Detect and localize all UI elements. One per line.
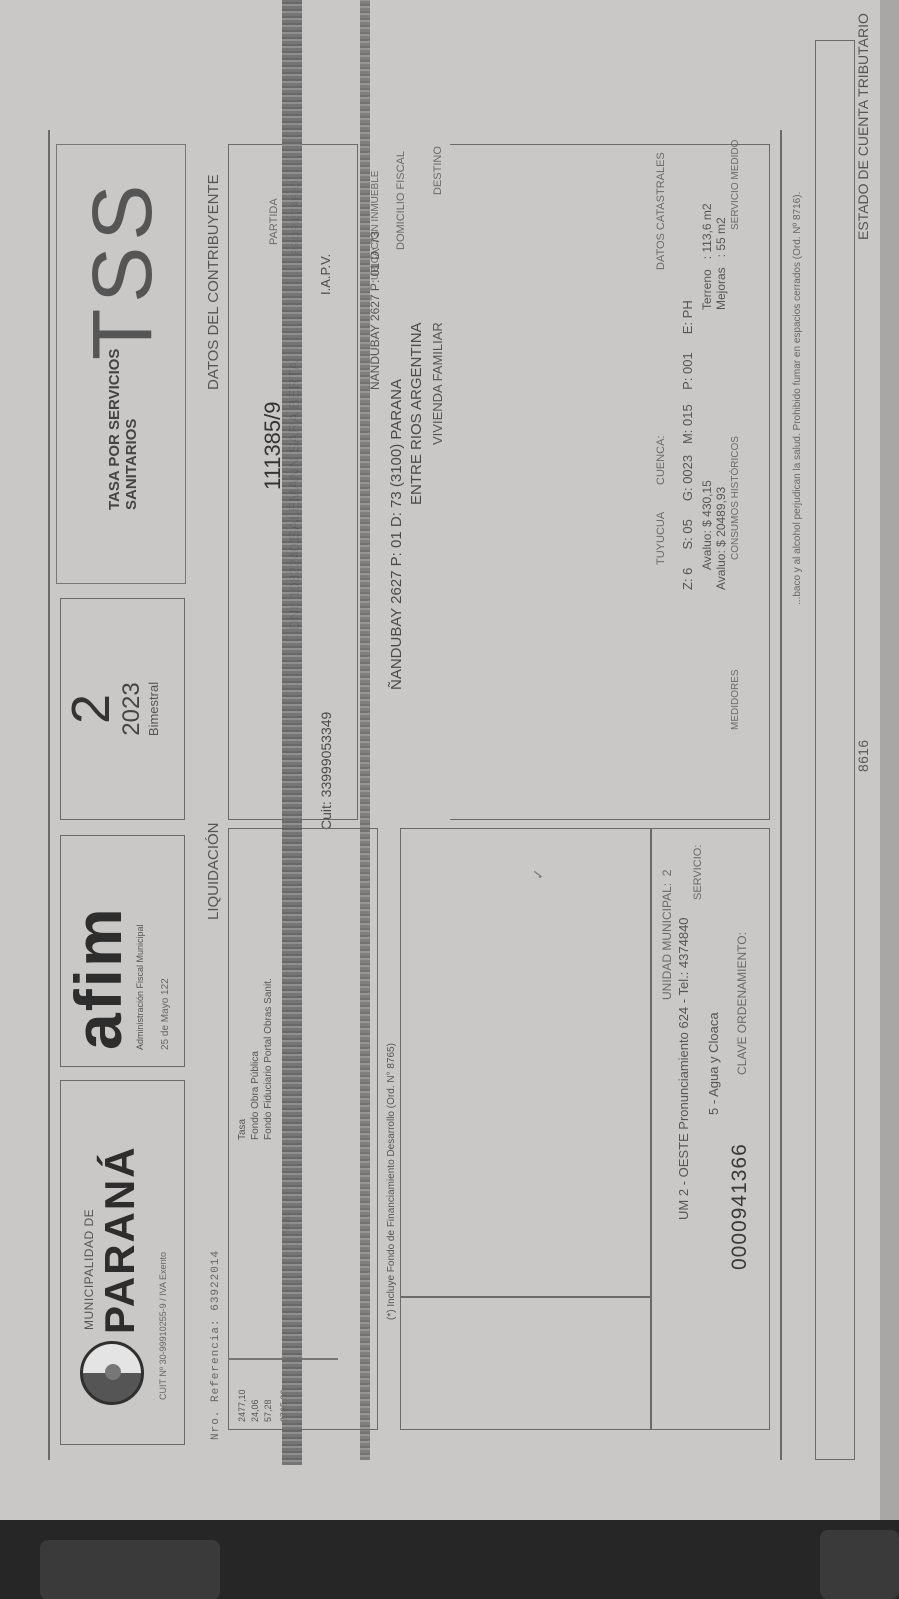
destino-value: VIVIENDA FAMILIAR — [430, 322, 445, 445]
period-type: Bimestral — [146, 598, 161, 820]
liquidacion-item: Fondo Fiduciario Portal Obras Sanit. — [262, 840, 275, 1140]
legal-footer: ...baco y al alcohol perjudican la salud… — [792, 192, 803, 605]
mejoras-avaluo: Avaluo: $ 20489,93 — [714, 487, 728, 590]
clave-value: 0000941366 — [728, 1143, 752, 1270]
page-number: 8616 — [855, 740, 871, 772]
liquidacion-title: LIQUIDACIÓN — [205, 822, 222, 920]
liquidacion-amount: 57,28 — [262, 1362, 275, 1422]
liquidacion-item: Fondo Obra Pública — [249, 840, 262, 1140]
liquidacion-item: Tasa — [236, 840, 249, 1140]
mejoras-value: Mejoras : 55 m2 — [714, 217, 728, 310]
cuenca-value: TUYUCUA — [655, 512, 667, 565]
catastro-label: DATOS CATASTRALES — [655, 152, 667, 270]
municipalidad-seal-icon — [80, 1341, 144, 1405]
unidad-divider — [400, 1297, 650, 1299]
unidad-municipal: UNIDAD MUNICIPAL: 2 — [660, 870, 674, 1000]
terreno-avaluo: Avaluo: $ 430,15 — [700, 480, 714, 570]
cuenca-label: CUENCA: — [655, 435, 667, 485]
servicio-label: SERVICIO: — [692, 845, 704, 900]
domicilio-line1: ÑANDUBAY 2627 P: 01 D: 73 (3100) PARANA — [388, 379, 405, 690]
liquidacion-amount: 2477,10 — [236, 1362, 249, 1422]
partida-label: PARTIDA — [268, 198, 280, 245]
afim-subtitle: Administración Fiscal Municipal — [135, 924, 145, 1050]
tss-receipt: 8616 TSS TASA POR SERVICIOS SANITARIOS 2… — [0, 0, 880, 1520]
contribuyente-title: DATOS DEL CONTRIBUYENTE — [205, 174, 222, 390]
tss-title-line1: TASA POR SERVICIOS — [106, 349, 123, 510]
tss-title-line2: SANITARIOS — [123, 349, 140, 510]
period-year: 2023 — [118, 598, 146, 820]
municipalidad-cuit: CUIT Nº 30-99910255-9 / IVA Exento — [158, 1252, 168, 1400]
servicio-medido-label: SERVICIO MEDIDO — [730, 140, 741, 230]
terreno-value: Terreno : 113,6 m2 — [700, 204, 714, 311]
unidad-hline — [650, 828, 652, 1430]
desk-background — [0, 1520, 899, 1599]
destino-label: DESTINO — [432, 146, 444, 195]
catastro-codes: Z: 6 S: 05 G: 0023 M: 015 P: 001 E: PH — [680, 300, 695, 590]
municipalidad-label: MUNICIPALIDAD DE — [82, 1209, 96, 1330]
co-owner-value: I.A.P.V. — [318, 254, 333, 295]
reference-number: Nro. Referencia: 63922014 — [210, 1250, 222, 1440]
estado-cuenta-title: ESTADO DE CUENTA TRIBUTARIO — [855, 13, 871, 240]
liquidacion-note: (*) Incluye Fondo de Financiamiento Desa… — [386, 1043, 397, 1320]
clave-label: CLAVE ORDENAMIENTO: — [735, 932, 749, 1075]
tss-title: TASA POR SERVICIOS SANITARIOS — [106, 349, 140, 510]
municipalidad-name: PARANÁ — [96, 1145, 144, 1334]
period-number: 2 — [64, 598, 118, 820]
ubicacion-value: ÑANDUBAY 2627 P: 01 D: 73 — [368, 231, 382, 390]
outer-frame-top — [48, 130, 50, 1460]
domicilio-label: DOMICILIO FISCAL — [395, 151, 407, 250]
servicio-value: 5 - Agua y Cloaca — [706, 1012, 721, 1115]
afim-logo: afim — [62, 906, 134, 1050]
period: 2 2023 Bimestral — [64, 598, 161, 820]
unidad-box — [400, 828, 770, 1430]
um-detail: UM 2 - OESTE Pronunciamiento 624 - Tel.:… — [676, 917, 691, 1220]
outer-frame-line — [780, 130, 782, 1460]
reference-value: 63922014 — [210, 1250, 222, 1311]
liquidacion-items: Tasa Fondo Obra Pública Fondo Fiduciario… — [236, 840, 275, 1140]
redaction-bar — [360, 0, 370, 1460]
liquidacion-amount: 24,06 — [249, 1362, 262, 1422]
redaction-bar — [282, 0, 302, 1465]
domicilio-line2: ENTRE RIOS ARGENTINA — [408, 322, 425, 505]
medidores-label: MEDIDORES — [730, 669, 741, 730]
tss-logo: TSS — [80, 179, 164, 360]
cuit-value: Cuit: 33999053349 — [318, 712, 334, 830]
reference-label: Nro. Referencia: — [210, 1318, 222, 1440]
estado-cuenta-box — [815, 40, 855, 1460]
afim-address: 25 de Mayo 122 — [160, 978, 171, 1050]
consumos-label: CONSUMOS HISTÓRICOS — [730, 436, 741, 560]
